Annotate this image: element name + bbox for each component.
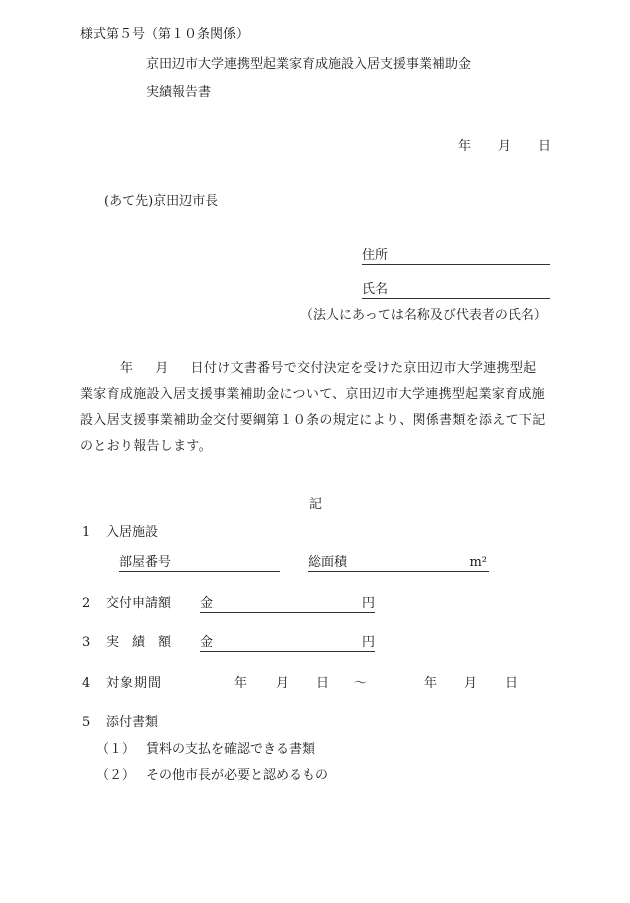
period-tilde: ～	[354, 676, 367, 692]
item-5-label: 添付書類	[106, 715, 158, 731]
item-2-label: 交付申請額	[106, 596, 171, 612]
form-number: 様式第５号（第１０条関係）	[80, 27, 249, 43]
body-paragraph: 年月日付け文書番号で交付決定を受けた京田辺市大学連携型起 業家育成施設入居支援事…	[80, 356, 555, 460]
ki-heading: 記	[309, 497, 322, 513]
title-line-1: 京田辺市大学連携型起業家育成施設入居支援事業補助金	[146, 57, 471, 73]
body-line-1-rest: 日付け文書番号で交付決定を受けた京田辺市大学連携型起	[191, 361, 537, 376]
room-number-field[interactable]: 部屋番号	[119, 555, 280, 572]
item-4-label: 対象期間	[106, 676, 162, 692]
application-amount-prefix: 金	[200, 596, 213, 611]
item-1-label: 入居施設	[106, 525, 158, 541]
period-to-day: 日	[505, 676, 518, 692]
body-line-2: 業家育成施設入居支援事業補助金について、京田辺市大学連携型起業家育成施	[80, 382, 555, 408]
body-year: 年	[120, 361, 133, 376]
period-from-day: 日	[316, 676, 329, 692]
name-label: 氏名	[362, 282, 388, 297]
period-from-month: 月	[276, 676, 289, 692]
body-month: 月	[155, 361, 168, 376]
address-field[interactable]: 住所	[362, 248, 550, 265]
title-line-2: 実績報告書	[146, 85, 211, 101]
item-5-number: 5	[82, 715, 90, 731]
item-3-number: 3	[82, 635, 90, 651]
attachment-2-number: （２）	[96, 768, 135, 784]
period-to-year: 年	[424, 676, 437, 692]
attachment-2-text: その他市長が必要と認めるもの	[146, 768, 328, 784]
actual-amount-field[interactable]: 金 円	[200, 635, 375, 652]
room-number-label: 部屋番号	[119, 555, 171, 570]
area-unit: m²	[469, 555, 487, 571]
item-3-label: 実 績 額	[106, 635, 171, 651]
application-amount-suffix: 円	[362, 596, 375, 612]
date-year: 年	[458, 139, 471, 155]
attachment-1-text: 賃料の支払を確認できる書類	[146, 742, 315, 758]
corporate-note: （法人にあっては名称及び代表者の氏名）	[300, 308, 547, 324]
item-1-number: 1	[82, 525, 90, 541]
total-area-label: 総面積	[308, 555, 347, 570]
period-to-month: 月	[464, 676, 477, 692]
body-line-4: のとおり報告します。	[80, 434, 555, 460]
date-month: 月	[498, 139, 511, 155]
actual-amount-prefix: 金	[200, 635, 213, 650]
item-2-number: 2	[82, 596, 90, 612]
address-label: 住所	[362, 248, 388, 263]
date-day: 日	[538, 139, 551, 155]
total-area-field[interactable]: 総面積 m²	[308, 555, 489, 572]
period-from-year: 年	[234, 676, 247, 692]
attachment-1-number: （１）	[96, 742, 135, 758]
addressee: (あて先)京田辺市長	[104, 194, 218, 210]
actual-amount-suffix: 円	[362, 635, 375, 651]
body-line-3: 設入居支援事業補助金交付要綱第１０条の規定により、関係書類を添えて下記	[80, 408, 555, 434]
item-4-number: 4	[82, 676, 90, 692]
body-line-1: 年月日付け文書番号で交付決定を受けた京田辺市大学連携型起	[80, 356, 555, 382]
name-field[interactable]: 氏名	[362, 282, 550, 299]
application-amount-field[interactable]: 金 円	[200, 596, 375, 613]
